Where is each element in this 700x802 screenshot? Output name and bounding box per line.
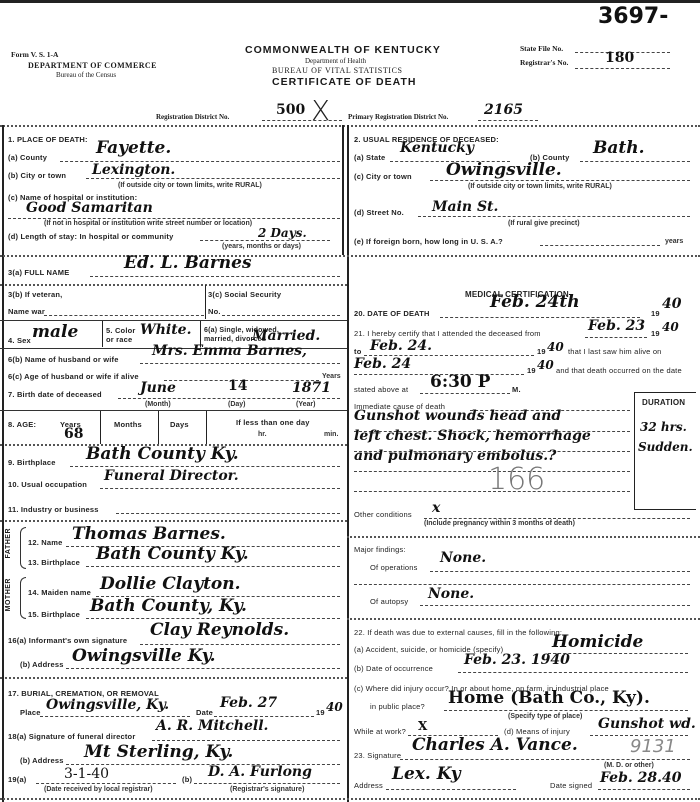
- operations-label: Of operations: [370, 563, 418, 572]
- funeral-director-label: 18(a) Signature of funeral director: [8, 732, 135, 741]
- reg-district-mark: X: [311, 94, 330, 127]
- length-of-stay-value: 2 Days.: [258, 226, 307, 240]
- other-conditions-note: (Include pregnancy within 3 months of de…: [424, 520, 575, 527]
- attended-from-year-prefix: 19: [651, 329, 660, 338]
- age-less-label: If less than one day: [236, 418, 310, 427]
- certificate-title: CERTIFICATE OF DEATH: [272, 76, 416, 88]
- birth-day-note: (Day): [228, 401, 246, 408]
- birthplace-field: [70, 466, 340, 467]
- row-divider: [0, 410, 347, 411]
- cause-line-1: Gunshot wounds head and: [354, 408, 561, 424]
- registrar-no-value: 180: [605, 50, 634, 66]
- birth-date-label: 7. Birth date of deceased: [8, 390, 102, 399]
- registrar-no-label: Registrar's No.: [520, 58, 568, 67]
- spouse-age-unit: Years: [322, 373, 341, 380]
- operations-field: [430, 571, 690, 572]
- center-divider: [347, 125, 349, 802]
- race-value: White.: [140, 322, 191, 338]
- operations-field-2: [354, 584, 690, 585]
- res-county-value: Bath.: [593, 138, 645, 158]
- age-label: 8. AGE:: [8, 420, 36, 429]
- res-street-field: [418, 216, 690, 217]
- frame-left: [2, 125, 4, 802]
- birthplace-value: Bath County Ky.: [86, 444, 239, 464]
- reg-district-value: 500: [276, 102, 305, 118]
- injury-where-note: (Specify type of place): [508, 713, 582, 720]
- date-of-death-value: Feb. 24th: [490, 292, 580, 312]
- burial-place-label: Place: [20, 708, 41, 717]
- burial-year-prefix: 19: [316, 708, 325, 717]
- primary-district-label: Primary Registration District No.: [348, 113, 448, 121]
- bureau-census-label: Bureau of the Census: [56, 71, 116, 79]
- center-divider-top: [342, 125, 344, 255]
- sex-value: male: [32, 322, 78, 342]
- age-days-label: Days: [170, 420, 189, 429]
- full-name-field: [90, 276, 340, 277]
- birth-year-value: 1871: [292, 380, 331, 396]
- mother-birthplace-label: 15. Birthplace: [28, 610, 80, 619]
- spouse-field: [140, 363, 340, 364]
- received-note: (Date received by local registrar): [44, 786, 153, 793]
- funeral-director-value: A. R. Mitchell.: [156, 718, 268, 734]
- local-registrar-label: (b): [182, 775, 192, 784]
- mother-brace: [20, 577, 26, 619]
- res-state-value: Kentucky: [400, 140, 474, 156]
- hospital-value: Good Samaritan: [26, 200, 153, 216]
- father-side-label: FATHER: [5, 528, 12, 558]
- received-field: [36, 783, 176, 784]
- death-occurred-label: and that death occurred on the date: [556, 366, 682, 375]
- time-of-death-field: [420, 393, 510, 394]
- burial-date-label: Date: [196, 708, 213, 717]
- local-registrar-note: (Registrar's signature): [230, 786, 304, 793]
- mother-side-label: MOTHER: [5, 578, 12, 611]
- industry-field: [116, 513, 340, 514]
- res-city-field: [430, 180, 690, 181]
- external-causes-heading: 22. If death was due to external causes,…: [354, 628, 562, 637]
- date-of-death-year-prefix: 19: [651, 309, 660, 318]
- physician-address-field: [386, 789, 516, 790]
- informant-address-value: Owingsville Ky.: [72, 646, 216, 666]
- res-street-note: (If rural give precinct): [508, 220, 580, 227]
- state-file-label: State File No.: [520, 44, 563, 53]
- scan-top-edge: [0, 0, 700, 3]
- date-signed-field: [598, 789, 690, 790]
- date-signed-label: Date signed: [550, 781, 592, 790]
- race-label: 5. Color or race: [106, 326, 140, 344]
- death-city-note: (If outside city or town limits, write R…: [118, 182, 262, 189]
- birth-day-value: 14: [228, 378, 247, 394]
- father-birthplace-value: Bath County Ky.: [96, 544, 249, 564]
- mother-name-label: 14. Maiden name: [28, 588, 91, 597]
- injury-where-value: Home (Bath Co., Ky).: [448, 688, 650, 708]
- res-street-value: Main St.: [432, 199, 498, 215]
- father-name-label: 12. Name: [28, 538, 63, 547]
- attended-from-value: Feb. 23: [588, 318, 645, 334]
- father-birthplace-field: [86, 566, 340, 567]
- burial-year-value: 40: [326, 700, 343, 714]
- ssn-label: 3(c) Social Security: [208, 290, 281, 299]
- length-of-stay-label: (d) Length of stay: In hospital or commu…: [8, 232, 173, 241]
- primary-district-field: [478, 120, 538, 121]
- duration-line-2: Sudden.: [638, 440, 693, 454]
- foreign-born-unit: years: [665, 238, 683, 245]
- ssn-no-label: No.: [208, 307, 221, 316]
- row-divider: [347, 618, 700, 620]
- father-brace: [20, 527, 26, 569]
- cell-divider: [206, 411, 207, 444]
- sex-label: 4. Sex: [8, 336, 31, 345]
- hospital-field: [8, 218, 340, 219]
- row-divider: [0, 320, 347, 321]
- physician-signature-field: [400, 759, 690, 760]
- operations-value: None.: [440, 550, 486, 566]
- spouse-age-label: 6(c) Age of husband or wife if alive: [8, 372, 139, 381]
- length-of-stay-field: [200, 240, 330, 241]
- physician-signature-label: 23. Signature: [354, 751, 401, 760]
- major-findings-label: Major findings:: [354, 545, 406, 554]
- age-years-value: 68: [64, 426, 83, 442]
- mother-birthplace-field: [86, 618, 340, 619]
- full-name-value: Ed. L. Barnes: [124, 253, 252, 273]
- row-divider: [0, 284, 347, 286]
- time-of-death-value: 6:30 P: [430, 372, 490, 392]
- other-conditions-field: [424, 518, 690, 519]
- res-city-value: Owingsville.: [446, 160, 562, 180]
- birth-month-value: June: [140, 380, 176, 396]
- means-of-injury-value: Gunshot wd.: [598, 716, 696, 732]
- registrar-no-field: [575, 68, 670, 69]
- birthplace-label: 9. Birthplace: [8, 458, 56, 467]
- date-of-death-year: 40: [662, 296, 681, 312]
- attended-label: 21. I hereby certify that I attended the…: [354, 329, 541, 338]
- corner-number: 3697-: [598, 4, 668, 29]
- age-months-label: Months: [114, 420, 142, 429]
- commonwealth-heading: COMMONWEALTH OF KENTUCKY: [245, 44, 441, 56]
- at-work-label: While at work?: [354, 727, 406, 736]
- time-of-death-suffix: M.: [512, 385, 521, 394]
- death-county-value: Fayette.: [96, 138, 171, 158]
- death-city-label: (b) City or town: [8, 171, 66, 180]
- bottom-edge: [0, 798, 700, 800]
- burial-place-field: [40, 716, 190, 717]
- burial-date-field: [214, 716, 314, 717]
- spouse-label: 6(b) Name of husband or wife: [8, 355, 119, 364]
- war-label: Name war: [8, 307, 45, 316]
- received-label: 19(a): [8, 775, 27, 784]
- occupation-value: Funeral Director.: [104, 468, 239, 484]
- res-street-label: (d) Street No.: [354, 208, 404, 217]
- public-place-label: in public place?: [370, 702, 425, 711]
- last-saw-value: Feb. 24: [354, 356, 411, 372]
- bureau-vital-label: BUREAU OF VITAL STATISTICS: [272, 66, 403, 75]
- full-name-label: 3(a) FULL NAME: [8, 268, 69, 277]
- attended-to-label: to: [354, 347, 361, 356]
- ssn-field: [222, 315, 340, 316]
- birth-year-note: (Year): [296, 401, 315, 408]
- physician-signature-value: Charles A. Vance.: [412, 735, 578, 755]
- cause-code-mark: 166: [488, 462, 545, 497]
- mother-birthplace-value: Bath County, Ky.: [90, 596, 247, 616]
- res-state-label: (a) State: [354, 153, 385, 162]
- hospital-note: (If not in hospital or institution write…: [44, 220, 252, 227]
- physician-address-label: Address: [354, 781, 383, 790]
- occurrence-date-label: (b) Date of occurrence: [354, 664, 433, 673]
- place-of-death-heading: 1. PLACE OF DEATH:: [8, 135, 88, 144]
- other-conditions-value: x: [432, 500, 440, 516]
- occupation-field: [100, 488, 340, 489]
- veteran-label: 3(b) If veteran,: [8, 290, 62, 299]
- department-label: DEPARTMENT OF COMMERCE: [28, 61, 157, 70]
- primary-district-value: 2165: [484, 102, 523, 118]
- director-address-value: Mt Sterling, Ky.: [84, 742, 233, 762]
- res-city-note: (If outside city or town limits, write R…: [468, 183, 612, 190]
- physician-code: 9131: [630, 736, 676, 757]
- duration-line-1: 32 hrs.: [640, 420, 687, 434]
- autopsy-field: [420, 605, 690, 606]
- informant-signature-field: [140, 644, 340, 645]
- section-divider: [0, 125, 700, 127]
- foreign-born-field: [540, 245, 660, 246]
- date-signed-value: Feb. 28.40: [600, 770, 681, 786]
- date-of-death-label: 20. DATE OF DEATH: [354, 309, 430, 318]
- death-county-label: (a) County: [8, 153, 47, 162]
- occurrence-date-value: Feb. 23. 1940: [464, 652, 570, 668]
- cell-divider: [158, 411, 159, 444]
- burial-date-value: Feb. 27: [220, 695, 277, 711]
- marital-value: Married.: [252, 328, 320, 344]
- informant-signature-label: 16(a) Informant's own signature: [8, 636, 127, 645]
- burial-place-value: Owingsville, Ky.: [46, 697, 169, 713]
- res-city-label: (c) City or town: [354, 172, 412, 181]
- birth-month-note: (Month): [145, 401, 171, 408]
- cell-divider: [100, 411, 101, 444]
- duration-label: DURATION: [642, 398, 685, 407]
- attended-to-year-prefix: 19: [537, 347, 546, 356]
- age-min-unit: min.: [324, 431, 338, 438]
- death-city-value: Lexington.: [92, 162, 175, 178]
- attended-from-field: [585, 337, 647, 338]
- age-hr-unit: hr.: [258, 431, 267, 438]
- autopsy-value: None.: [428, 586, 474, 602]
- last-saw-label: that I last saw him alive on: [568, 347, 662, 356]
- attended-to-value: Feb. 24.: [370, 338, 432, 354]
- spouse-value: Mrs. Emma Barnes,: [152, 343, 307, 359]
- autopsy-label: Of autopsy: [370, 597, 408, 606]
- informant-address-label: (b) Address: [20, 660, 64, 669]
- industry-label: 11. Industry or business: [8, 505, 99, 514]
- length-of-stay-note: (years, months or days): [222, 243, 301, 250]
- occurrence-date-field: [458, 672, 688, 673]
- birth-date-field: [118, 398, 340, 399]
- section-divider: [0, 255, 700, 257]
- at-work-value: X: [418, 719, 427, 733]
- occupation-label: 10. Usual occupation: [8, 480, 87, 489]
- local-registrar-value: D. A. Furlong: [208, 764, 312, 780]
- attended-from-year: 40: [662, 320, 679, 334]
- dept-health-label: Department of Health: [305, 57, 366, 65]
- cell-divider: [102, 321, 103, 347]
- director-address-label: (b) Address: [20, 756, 64, 765]
- row-divider: [0, 677, 347, 679]
- informant-address-field: [66, 668, 340, 669]
- death-city-field: [86, 178, 340, 179]
- foreign-born-label: (e) If foreign born, how long in U. S. A…: [354, 237, 503, 246]
- mother-name-value: Dollie Clayton.: [100, 574, 241, 594]
- reg-district-label: Registration District No.: [156, 113, 229, 121]
- res-county-field: [580, 161, 690, 162]
- cell-divider: [205, 285, 206, 319]
- stated-above-label: stated above at: [354, 385, 408, 394]
- last-saw-year-prefix: 19: [527, 366, 536, 375]
- manner-value: Homicide: [552, 632, 643, 652]
- form-code: Form V. S. 1-A: [11, 50, 58, 59]
- received-value: 3-1-40: [64, 766, 109, 782]
- informant-signature-value: Clay Reynolds.: [150, 620, 289, 640]
- last-saw-year: 40: [537, 358, 554, 372]
- row-divider: [347, 536, 700, 538]
- other-conditions-label: Other conditions: [354, 510, 412, 519]
- father-name-value: Thomas Barnes.: [72, 524, 226, 544]
- physician-address-value: Lex. Ky: [392, 764, 461, 784]
- local-registrar-field: [194, 783, 340, 784]
- row-divider: [0, 520, 347, 522]
- war-field: [44, 315, 204, 316]
- funeral-director-field: [152, 740, 340, 741]
- attended-to-year: 40: [547, 340, 564, 354]
- injury-where-field: [444, 710, 688, 711]
- physician-signature-note: (M. D. or other): [604, 762, 654, 769]
- cause-line-2: left chest. Shock, hemorrhage: [354, 428, 591, 444]
- father-birthplace-label: 13. Birthplace: [28, 558, 80, 567]
